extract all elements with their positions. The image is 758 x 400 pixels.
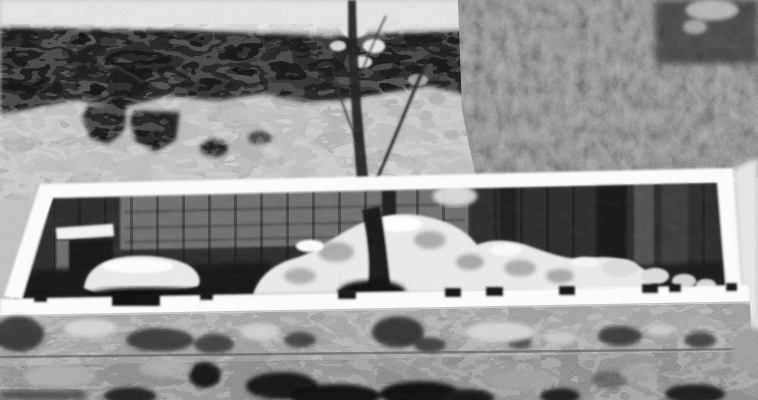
photograph [0, 0, 758, 400]
film-grain-overlay [0, 0, 758, 400]
photo-canvas [0, 0, 758, 400]
